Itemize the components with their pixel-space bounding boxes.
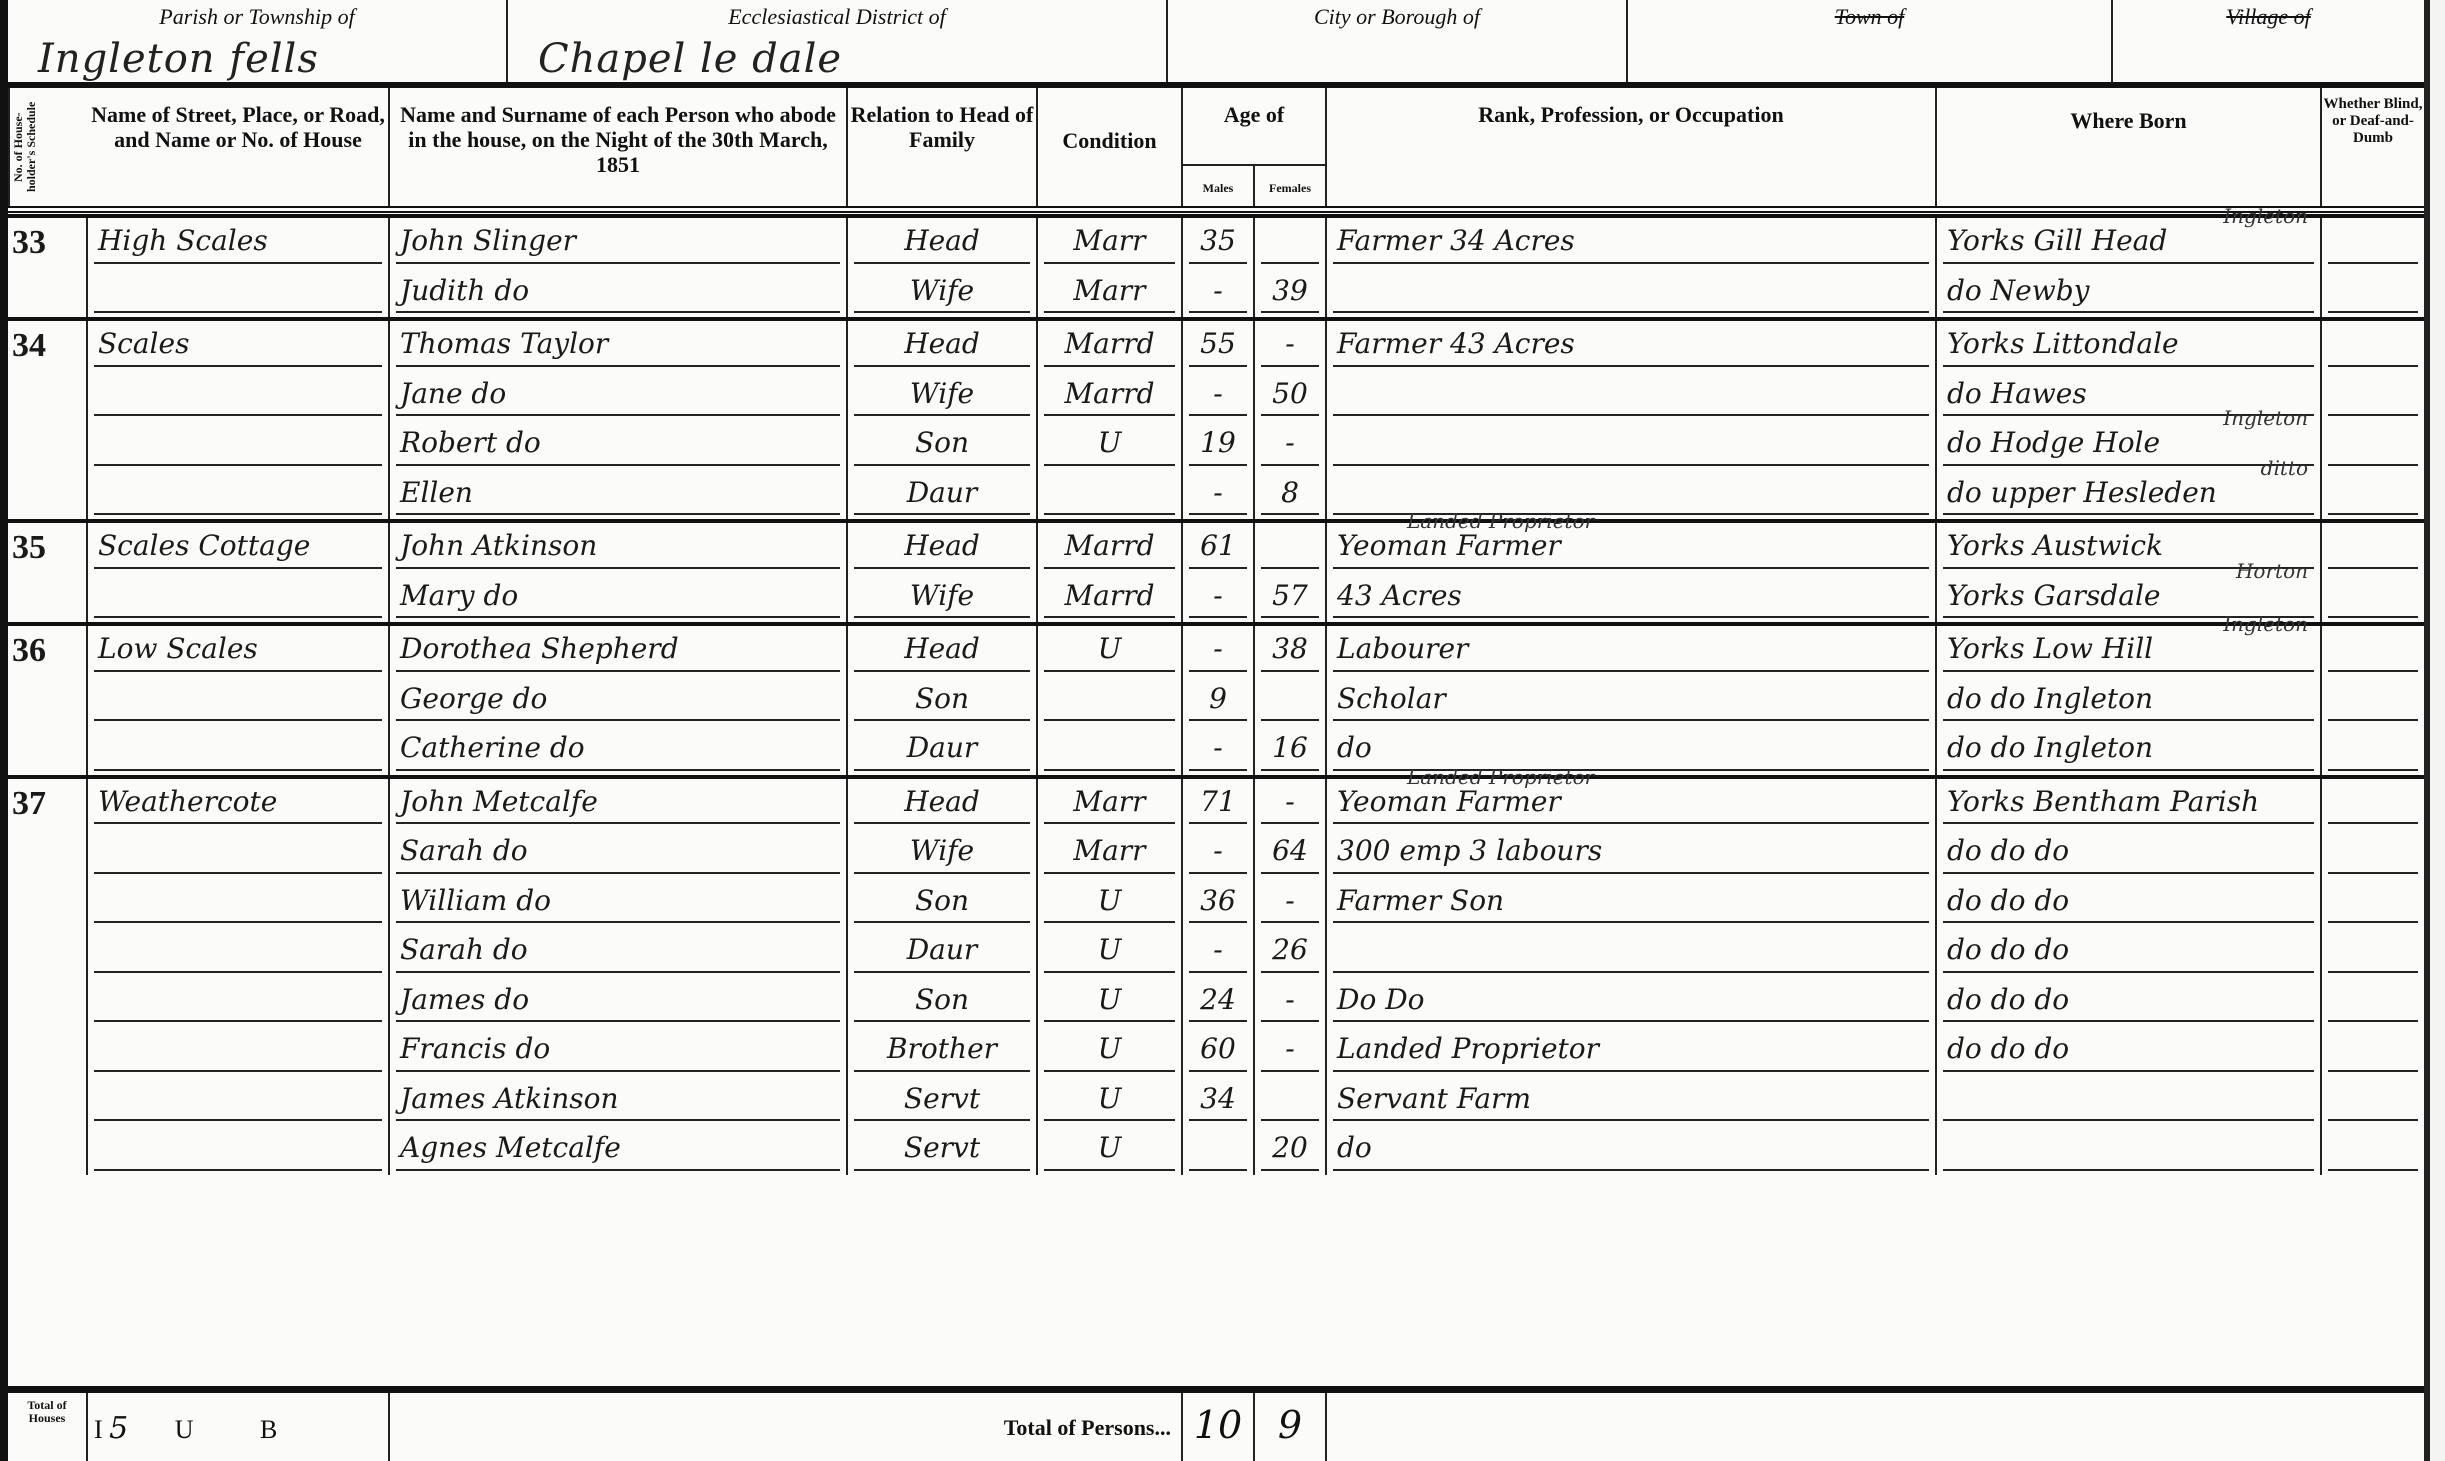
male-age-cell: 60 bbox=[1183, 1026, 1255, 1076]
condition-cell: Marrd bbox=[1038, 321, 1183, 371]
female-age-cell: 8 bbox=[1255, 470, 1327, 520]
place-name-cell bbox=[88, 1026, 390, 1076]
person-name-cell: James do bbox=[390, 977, 848, 1027]
city-label: City or Borough of bbox=[1168, 4, 1626, 30]
female-age-cell: 26 bbox=[1255, 927, 1327, 977]
schedule-number-cell: 34 bbox=[8, 321, 88, 371]
birthplace-annotation: Ingleton bbox=[2223, 612, 2308, 636]
male-age-cell: 24 bbox=[1183, 977, 1255, 1027]
col-relation: Relation to Head of Family bbox=[848, 88, 1038, 206]
male-age-cell: - bbox=[1183, 371, 1255, 421]
person-name-cell: Dorothea Shepherd bbox=[390, 626, 848, 676]
relation-cell: Servt bbox=[848, 1125, 1038, 1175]
blind-deaf-cell bbox=[2322, 420, 2424, 470]
occupation-annotation: Landed Proprietor bbox=[1407, 509, 1594, 533]
relation-cell: Head bbox=[848, 779, 1038, 829]
female-age-cell: - bbox=[1255, 1026, 1327, 1076]
city-cell: City or Borough of bbox=[1168, 0, 1628, 82]
place-name-cell bbox=[88, 676, 390, 726]
place-name-cell bbox=[88, 573, 390, 623]
relation-cell: Wife bbox=[848, 573, 1038, 623]
blind-deaf-cell bbox=[2322, 218, 2424, 268]
table-row: James AtkinsonServtU34Servant Farm bbox=[8, 1076, 2424, 1126]
relation-cell: Head bbox=[848, 321, 1038, 371]
table-row: Sarah doWifeMarr-64300 emp 3 laboursdo d… bbox=[8, 828, 2424, 878]
female-age-cell bbox=[1255, 523, 1327, 573]
person-name-cell: Thomas Taylor bbox=[390, 321, 848, 371]
condition-cell: Marrd bbox=[1038, 523, 1183, 573]
table-row: EllenDaur-8do upper Hesledenditto bbox=[8, 470, 2424, 520]
condition-cell: Marr bbox=[1038, 268, 1183, 318]
place-name-cell: Scales Cottage bbox=[88, 523, 390, 573]
condition-cell: Marrd bbox=[1038, 371, 1183, 421]
col-condition: Condition bbox=[1038, 88, 1183, 206]
place-name-cell bbox=[88, 927, 390, 977]
condition-cell: Marrd bbox=[1038, 573, 1183, 623]
occupation-cell: Farmer 43 Acres bbox=[1327, 321, 1937, 371]
blind-deaf-cell bbox=[2322, 977, 2424, 1027]
schedule-number-cell bbox=[8, 470, 88, 520]
blind-deaf-cell bbox=[2322, 1125, 2424, 1175]
condition-cell bbox=[1038, 470, 1183, 520]
totals-footer: Total of Houses I 5 U B Total of Persons… bbox=[8, 1386, 2424, 1461]
table-row: 36Low ScalesDorothea ShepherdHeadU-38Lab… bbox=[8, 622, 2424, 676]
person-name-cell: Francis do bbox=[390, 1026, 848, 1076]
relation-cell: Wife bbox=[848, 268, 1038, 318]
schedule-number-cell bbox=[8, 725, 88, 775]
male-age-cell: - bbox=[1183, 927, 1255, 977]
table-row: 34ScalesThomas TaylorHeadMarrd55-Farmer … bbox=[8, 317, 2424, 371]
male-age-cell: - bbox=[1183, 470, 1255, 520]
where-born-cell: do do Ingleton bbox=[1937, 676, 2322, 726]
header-strip: Parish or Township of Ingleton fells Ecc… bbox=[8, 0, 2424, 88]
person-name-cell: Judith do bbox=[390, 268, 848, 318]
occupation-cell: do bbox=[1327, 1125, 1937, 1175]
female-age-cell: 20 bbox=[1255, 1125, 1327, 1175]
parish-label: Parish or Township of bbox=[8, 4, 506, 30]
relation-cell: Son bbox=[848, 977, 1038, 1027]
male-age-cell: - bbox=[1183, 268, 1255, 318]
place-name-cell bbox=[88, 878, 390, 928]
schedule-number-cell bbox=[8, 573, 88, 623]
village-label: Village of bbox=[2113, 4, 2424, 30]
occupation-cell: Farmer Son bbox=[1327, 878, 1937, 928]
schedule-number-cell bbox=[8, 1125, 88, 1175]
person-name-cell: John Metcalfe bbox=[390, 779, 848, 829]
occupation-cell: Do Do bbox=[1327, 977, 1937, 1027]
town-cell: Town of bbox=[1628, 0, 2113, 82]
schedule-number-cell: 33 bbox=[8, 218, 88, 268]
place-name-cell bbox=[88, 1125, 390, 1175]
male-age-cell: - bbox=[1183, 725, 1255, 775]
col-where-born: Where Born bbox=[1937, 88, 2322, 206]
schedule-number-cell bbox=[8, 420, 88, 470]
person-name-cell: Jane do bbox=[390, 371, 848, 421]
male-age-cell: - bbox=[1183, 573, 1255, 623]
table-row: Sarah doDaurU-26do do do bbox=[8, 927, 2424, 977]
where-born-cell: do do do bbox=[1937, 878, 2322, 928]
condition-cell: Marr bbox=[1038, 218, 1183, 268]
male-age-cell: 9 bbox=[1183, 676, 1255, 726]
person-name-cell: Agnes Metcalfe bbox=[390, 1125, 848, 1175]
blind-deaf-cell bbox=[2322, 927, 2424, 977]
blind-deaf-cell bbox=[2322, 573, 2424, 623]
relation-cell: Brother bbox=[848, 1026, 1038, 1076]
blind-deaf-cell bbox=[2322, 1076, 2424, 1126]
table-row: Robert doSonU19-do Hodge HoleIngleton bbox=[8, 420, 2424, 470]
col-females: Females bbox=[1255, 166, 1325, 206]
male-age-cell: 34 bbox=[1183, 1076, 1255, 1126]
occupation-cell bbox=[1327, 927, 1937, 977]
table-row: Jane doWifeMarrd-50do Hawes bbox=[8, 371, 2424, 421]
place-name-cell bbox=[88, 725, 390, 775]
condition-cell: U bbox=[1038, 878, 1183, 928]
total-persons-label-cell: Total of Persons... bbox=[390, 1393, 1183, 1461]
schedule-number-cell: 36 bbox=[8, 626, 88, 676]
total-females: 9 bbox=[1255, 1393, 1327, 1461]
person-name-cell: John Slinger bbox=[390, 218, 848, 268]
place-name-cell bbox=[88, 828, 390, 878]
col-age-sub: Males Females bbox=[1183, 164, 1325, 206]
person-name-cell: Ellen bbox=[390, 470, 848, 520]
occupation-cell: Yeoman FarmerLanded Proprietor bbox=[1327, 779, 1937, 829]
person-name-cell: John Atkinson bbox=[390, 523, 848, 573]
table-row: George doSon9Scholardo do Ingleton bbox=[8, 676, 2424, 726]
table-row: Judith doWifeMarr-39do Newby bbox=[8, 268, 2424, 318]
relation-cell: Head bbox=[848, 626, 1038, 676]
person-name-cell: James Atkinson bbox=[390, 1076, 848, 1126]
ecclesiastical-cell: Ecclesiastical District of Chapel le dal… bbox=[508, 0, 1168, 82]
male-age-cell: 35 bbox=[1183, 218, 1255, 268]
person-name-cell: Mary do bbox=[390, 573, 848, 623]
condition-cell: U bbox=[1038, 927, 1183, 977]
person-name-cell: Catherine do bbox=[390, 725, 848, 775]
where-born-cell: Yorks Gill HeadIngleton bbox=[1937, 218, 2322, 268]
relation-cell: Son bbox=[848, 878, 1038, 928]
relation-cell: Daur bbox=[848, 725, 1038, 775]
col-schedule: No. of House-holder's Schedule bbox=[8, 88, 88, 206]
blind-deaf-cell bbox=[2322, 321, 2424, 371]
schedule-number-cell bbox=[8, 977, 88, 1027]
relation-cell: Servt bbox=[848, 1076, 1038, 1126]
birthplace-annotation: Horton bbox=[2236, 559, 2308, 583]
col-name: Name and Surname of each Person who abod… bbox=[390, 88, 848, 206]
male-age-cell: 55 bbox=[1183, 321, 1255, 371]
relation-cell: Head bbox=[848, 218, 1038, 268]
where-born-cell bbox=[1937, 1125, 2322, 1175]
blind-deaf-cell bbox=[2322, 1026, 2424, 1076]
table-row: Mary doWifeMarrd-5743 AcresYorks Garsdal… bbox=[8, 573, 2424, 623]
male-age-cell: - bbox=[1183, 828, 1255, 878]
where-born-cell bbox=[1937, 1076, 2322, 1126]
occupation-cell: Labourer bbox=[1327, 626, 1937, 676]
female-age-cell: 57 bbox=[1255, 573, 1327, 623]
male-age-cell: 71 bbox=[1183, 779, 1255, 829]
male-age-cell: - bbox=[1183, 626, 1255, 676]
place-name-cell bbox=[88, 977, 390, 1027]
person-name-cell: Sarah do bbox=[390, 927, 848, 977]
place-name-cell: Weathercote bbox=[88, 779, 390, 829]
table-row: James doSonU24-Do Dodo do do bbox=[8, 977, 2424, 1027]
place-name-cell bbox=[88, 268, 390, 318]
condition-cell bbox=[1038, 725, 1183, 775]
female-age-cell: - bbox=[1255, 779, 1327, 829]
birthplace-annotation: Ingleton bbox=[2223, 204, 2308, 228]
blind-deaf-cell bbox=[2322, 523, 2424, 573]
female-age-cell: 39 bbox=[1255, 268, 1327, 318]
condition-cell: U bbox=[1038, 977, 1183, 1027]
total-houses-label: Total of Houses bbox=[8, 1393, 86, 1425]
table-row: 35Scales CottageJohn AtkinsonHeadMarrd61… bbox=[8, 519, 2424, 573]
footer-blank bbox=[1327, 1393, 2424, 1461]
blind-deaf-cell bbox=[2322, 470, 2424, 520]
female-age-cell: - bbox=[1255, 878, 1327, 928]
blind-deaf-cell bbox=[2322, 779, 2424, 829]
table-row: 37WeathercoteJohn MetcalfeHeadMarr71-Yeo… bbox=[8, 775, 2424, 829]
schedule-number-cell: 37 bbox=[8, 779, 88, 829]
place-name-cell: High Scales bbox=[88, 218, 390, 268]
houses-counts: I 5 U B bbox=[88, 1393, 388, 1461]
occupation-cell: Landed Proprietor bbox=[1327, 1026, 1937, 1076]
col-age: Age of Males Females bbox=[1183, 88, 1327, 206]
blind-deaf-cell bbox=[2322, 725, 2424, 775]
table-row: 33High ScalesJohn SlingerHeadMarr35Farme… bbox=[8, 214, 2424, 268]
col-males: Males bbox=[1183, 166, 1255, 206]
condition-cell: U bbox=[1038, 626, 1183, 676]
place-name-cell bbox=[88, 420, 390, 470]
relation-cell: Daur bbox=[848, 927, 1038, 977]
schedule-number-cell bbox=[8, 878, 88, 928]
village-cell: Village of bbox=[2113, 0, 2424, 82]
total-persons-label: Total of Persons... bbox=[1004, 1415, 1171, 1441]
where-born-cell: do Newby bbox=[1937, 268, 2322, 318]
occupation-cell: 43 Acres bbox=[1327, 573, 1937, 623]
col-place: Name of Street, Place, or Road, and Name… bbox=[88, 88, 390, 206]
female-age-cell bbox=[1255, 218, 1327, 268]
blind-deaf-cell bbox=[2322, 268, 2424, 318]
column-headers: No. of House-holder's Schedule Name of S… bbox=[8, 88, 2424, 213]
condition-cell: U bbox=[1038, 1076, 1183, 1126]
where-born-cell: Yorks Bentham Parish bbox=[1937, 779, 2322, 829]
female-age-cell: - bbox=[1255, 321, 1327, 371]
occupation-cell bbox=[1327, 268, 1937, 318]
male-age-cell: 61 bbox=[1183, 523, 1255, 573]
col-blind: Whether Blind, or Deaf-and-Dumb bbox=[2322, 88, 2424, 206]
occupation-cell: Servant Farm bbox=[1327, 1076, 1937, 1126]
census-sheet: Parish or Township of Ingleton fells Ecc… bbox=[0, 0, 2430, 1461]
female-age-cell: - bbox=[1255, 977, 1327, 1027]
relation-cell: Daur bbox=[848, 470, 1038, 520]
blind-deaf-cell bbox=[2322, 878, 2424, 928]
col-occupation: Rank, Profession, or Occupation bbox=[1327, 88, 1937, 206]
total-males: 10 bbox=[1183, 1393, 1255, 1461]
female-age-cell bbox=[1255, 1076, 1327, 1126]
schedule-number-cell bbox=[8, 371, 88, 421]
person-name-cell: William do bbox=[390, 878, 848, 928]
place-name-cell bbox=[88, 1076, 390, 1126]
total-houses-cell: I 5 U B bbox=[88, 1393, 390, 1461]
birthplace-annotation: ditto bbox=[2261, 456, 2308, 480]
schedule-number-cell bbox=[8, 927, 88, 977]
occupation-cell bbox=[1327, 420, 1937, 470]
place-name-cell bbox=[88, 470, 390, 520]
where-born-cell: do do do bbox=[1937, 927, 2322, 977]
occupation-cell: Scholar bbox=[1327, 676, 1937, 726]
female-age-cell: 16 bbox=[1255, 725, 1327, 775]
person-name-cell: Sarah do bbox=[390, 828, 848, 878]
parish-value: Ingleton fells bbox=[38, 36, 319, 82]
occupation-annotation: Landed Proprietor bbox=[1407, 765, 1594, 789]
place-name-cell: Scales bbox=[88, 321, 390, 371]
ecclesiastical-label: Ecclesiastical District of bbox=[508, 4, 1166, 30]
table-row: William doSonU36-Farmer Sondo do do bbox=[8, 878, 2424, 928]
where-born-cell: do do do bbox=[1937, 828, 2322, 878]
town-label: Town of bbox=[1628, 4, 2111, 30]
schedule-number-cell bbox=[8, 1076, 88, 1126]
table-row: Francis doBrotherU60-Landed Proprietordo… bbox=[8, 1026, 2424, 1076]
female-age-cell: 38 bbox=[1255, 626, 1327, 676]
condition-cell: U bbox=[1038, 1026, 1183, 1076]
schedule-number-cell: 35 bbox=[8, 523, 88, 573]
blind-deaf-cell bbox=[2322, 371, 2424, 421]
relation-cell: Son bbox=[848, 676, 1038, 726]
schedule-number-cell bbox=[8, 1026, 88, 1076]
where-born-cell: Yorks Low HillIngleton bbox=[1937, 626, 2322, 676]
occupation-cell: 300 emp 3 labours bbox=[1327, 828, 1937, 878]
ecclesiastical-value: Chapel le dale bbox=[538, 36, 842, 82]
occupation-cell bbox=[1327, 371, 1937, 421]
table-row: Catherine doDaur-16dodo do Ingleton bbox=[8, 725, 2424, 775]
condition-cell: U bbox=[1038, 420, 1183, 470]
occupation-cell: Farmer 34 Acres bbox=[1327, 218, 1937, 268]
female-age-cell: 64 bbox=[1255, 828, 1327, 878]
place-name-cell bbox=[88, 371, 390, 421]
inhabited-prefix: I bbox=[94, 1415, 103, 1444]
where-born-cell: do upper Hesledenditto bbox=[1937, 470, 2322, 520]
building-prefix: B bbox=[260, 1415, 277, 1444]
female-age-cell: 50 bbox=[1255, 371, 1327, 421]
condition-cell bbox=[1038, 676, 1183, 726]
place-name-cell: Low Scales bbox=[88, 626, 390, 676]
total-houses-label-cell: Total of Houses bbox=[8, 1393, 88, 1461]
inhabited-value: 5 bbox=[109, 1411, 128, 1446]
relation-cell: Head bbox=[848, 523, 1038, 573]
parish-cell: Parish or Township of Ingleton fells bbox=[8, 0, 508, 82]
relation-cell: Wife bbox=[848, 371, 1038, 421]
relation-cell: Wife bbox=[848, 828, 1038, 878]
where-born-cell: do do do bbox=[1937, 1026, 2322, 1076]
person-name-cell: George do bbox=[390, 676, 848, 726]
condition-cell: Marr bbox=[1038, 828, 1183, 878]
female-age-cell: - bbox=[1255, 420, 1327, 470]
where-born-cell: do do do bbox=[1937, 977, 2322, 1027]
birthplace-annotation: Ingleton bbox=[2223, 406, 2308, 430]
schedule-number-cell bbox=[8, 676, 88, 726]
blind-deaf-cell bbox=[2322, 626, 2424, 676]
table-row: Agnes MetcalfeServtU20do bbox=[8, 1125, 2424, 1175]
male-age-cell: 19 bbox=[1183, 420, 1255, 470]
female-age-cell bbox=[1255, 676, 1327, 726]
uninhabited-prefix: U bbox=[175, 1415, 194, 1444]
condition-cell: Marr bbox=[1038, 779, 1183, 829]
col-age-label: Age of bbox=[1183, 88, 1325, 164]
condition-cell: U bbox=[1038, 1125, 1183, 1175]
census-rows: 33High ScalesJohn SlingerHeadMarr35Farme… bbox=[8, 214, 2424, 1175]
male-age-cell: 36 bbox=[1183, 878, 1255, 928]
occupation-cell: Yeoman FarmerLanded Proprietor bbox=[1327, 523, 1937, 573]
blind-deaf-cell bbox=[2322, 676, 2424, 726]
relation-cell: Son bbox=[848, 420, 1038, 470]
male-age-cell bbox=[1183, 1125, 1255, 1175]
schedule-number-cell bbox=[8, 268, 88, 318]
blind-deaf-cell bbox=[2322, 828, 2424, 878]
schedule-number-cell bbox=[8, 828, 88, 878]
person-name-cell: Robert do bbox=[390, 420, 848, 470]
where-born-cell: Yorks Littondale bbox=[1937, 321, 2322, 371]
where-born-cell: do do Ingleton bbox=[1937, 725, 2322, 775]
